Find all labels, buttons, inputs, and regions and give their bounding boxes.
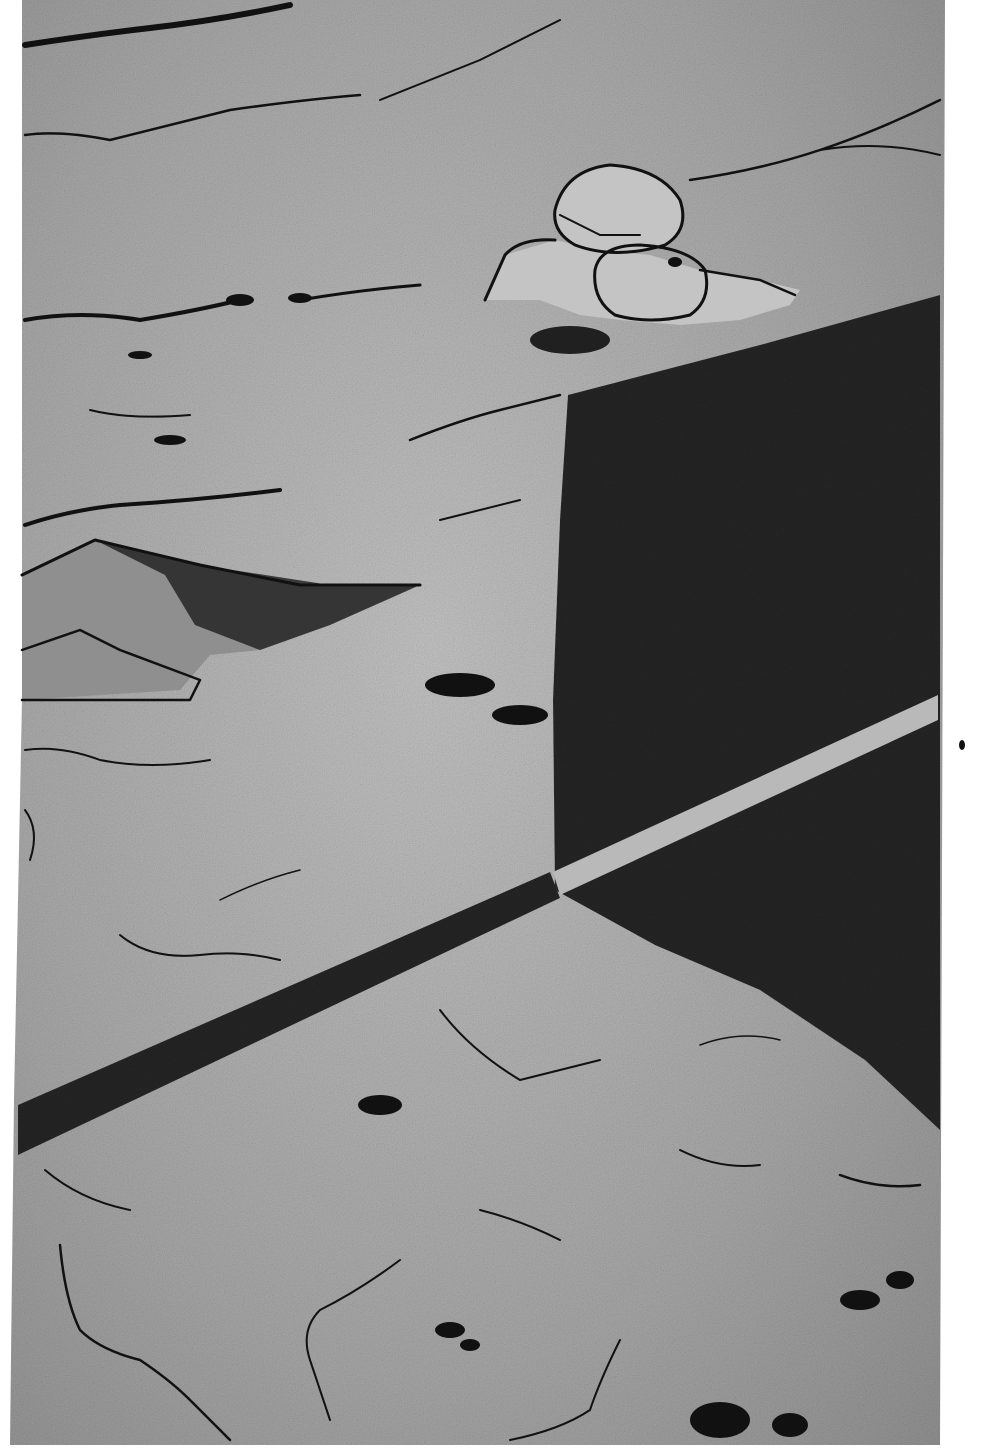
manga-panel <box>0 0 1000 1450</box>
stray-ink-mark <box>959 740 965 750</box>
